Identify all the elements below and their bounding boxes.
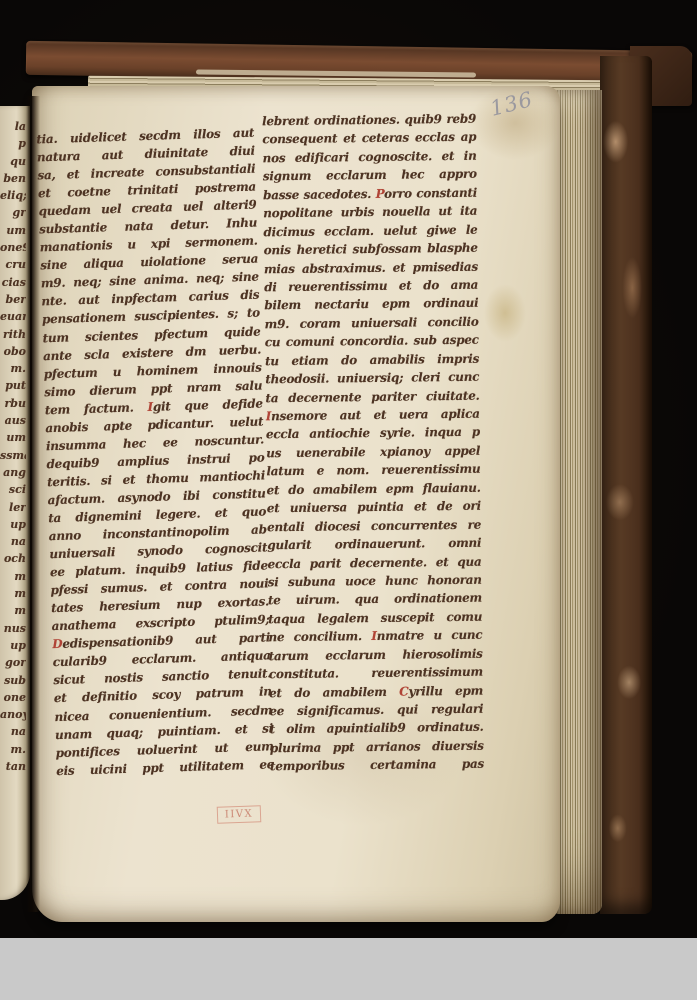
manuscript-line: t olim apuintialib9 ordinatus. bbox=[269, 718, 483, 739]
manuscript-line: latum e nom. reuerentissimu bbox=[266, 460, 480, 481]
text-column-right: lebrent ordinationes. quib9 reb9conseque… bbox=[262, 110, 484, 776]
manuscript-line: ang bbox=[0, 464, 26, 481]
manuscript-line: one bbox=[0, 689, 26, 706]
manuscript-line: obo bbox=[0, 343, 26, 360]
manuscript-line: put bbox=[0, 377, 26, 394]
manuscript-line: tan bbox=[0, 758, 26, 775]
parchment-stain bbox=[484, 284, 526, 342]
manuscript-line: temporibus certamina pas bbox=[270, 755, 484, 776]
manuscript-line: m. bbox=[0, 360, 26, 377]
manuscript-line: one9 bbox=[0, 239, 26, 256]
manuscript-line: sci bbox=[0, 481, 26, 498]
manuscript-line: m bbox=[0, 602, 26, 619]
manuscript-line: m bbox=[0, 568, 26, 585]
manuscript-line: sub bbox=[0, 672, 26, 689]
manuscript-line: m bbox=[0, 585, 26, 602]
manuscript-line: na bbox=[0, 723, 26, 740]
manuscript-line: ne concilium. Inmatre u cunc bbox=[268, 626, 482, 647]
manuscript-line: m. bbox=[0, 741, 26, 758]
left-page-text-fragments: lapqubeneliq;grumone9cruciasbereuanritho… bbox=[0, 118, 26, 775]
manuscript-line: um bbox=[0, 222, 26, 239]
book-cover-board-marbled bbox=[600, 56, 652, 914]
quire-stamp: IIVX bbox=[217, 805, 262, 824]
manuscript-line: na bbox=[0, 533, 26, 550]
footer-bar bbox=[0, 938, 697, 1000]
manuscript-line: bilem nectariu epm ordinaui bbox=[264, 294, 478, 315]
manuscript-line: gor bbox=[0, 654, 26, 671]
manuscript-line: ber bbox=[0, 291, 26, 308]
manuscript-line: cias bbox=[0, 274, 26, 291]
manuscript-line: nopolitane urbis nouella ut ita bbox=[263, 202, 477, 223]
manuscript-line: cru bbox=[0, 256, 26, 273]
manuscript-line: anoy bbox=[0, 706, 26, 723]
manuscript-line: rbu bbox=[0, 395, 26, 412]
manuscript-line: euan bbox=[0, 308, 26, 325]
manuscript-line: eliq; bbox=[0, 187, 26, 204]
manuscript-line: consequent et ceteras ecclas ap bbox=[262, 128, 476, 149]
manuscript-line: p bbox=[0, 135, 26, 152]
manuscript-line: ben bbox=[0, 170, 26, 187]
manuscript-line: theodosii. uniuersiq; cleri cunc bbox=[265, 368, 479, 389]
manuscript-line: ler bbox=[0, 499, 26, 516]
manuscript-line: onis heretici subfossam blasphe bbox=[264, 239, 478, 260]
manuscript-line: qu bbox=[0, 153, 26, 170]
manuscript-line: och bbox=[0, 550, 26, 567]
manuscript-line: et uniuersa puintia et de ori bbox=[267, 497, 481, 518]
manuscript-line: gr bbox=[0, 204, 26, 221]
text-column-left: tia. uidelicet secdm illos autnatura aut… bbox=[36, 124, 274, 780]
manuscript-line: eccla antiochie syrie. inqua p bbox=[266, 423, 480, 444]
manuscript-line: rith bbox=[0, 326, 26, 343]
manuscript-line: gularit ordinauerunt. omni bbox=[267, 534, 481, 555]
manuscript-line: nus bbox=[0, 620, 26, 637]
manuscript-line: ssma bbox=[0, 447, 26, 464]
manuscript-line: signum ecclarum hec appro bbox=[263, 165, 477, 186]
manuscript-line: constituta. reuerentissimum bbox=[269, 663, 483, 684]
manuscript-line: up bbox=[0, 637, 26, 654]
manuscript-line: cu comuni concordia. sub aspec bbox=[265, 331, 479, 352]
manuscript-line: up bbox=[0, 516, 26, 533]
manuscript-line: aus bbox=[0, 412, 26, 429]
manuscript-line: te uirum. qua ordinationem bbox=[268, 589, 482, 610]
manuscript-line: la bbox=[0, 118, 26, 135]
book-fore-edge-pages bbox=[556, 90, 602, 914]
manuscript-line: um bbox=[0, 429, 26, 446]
